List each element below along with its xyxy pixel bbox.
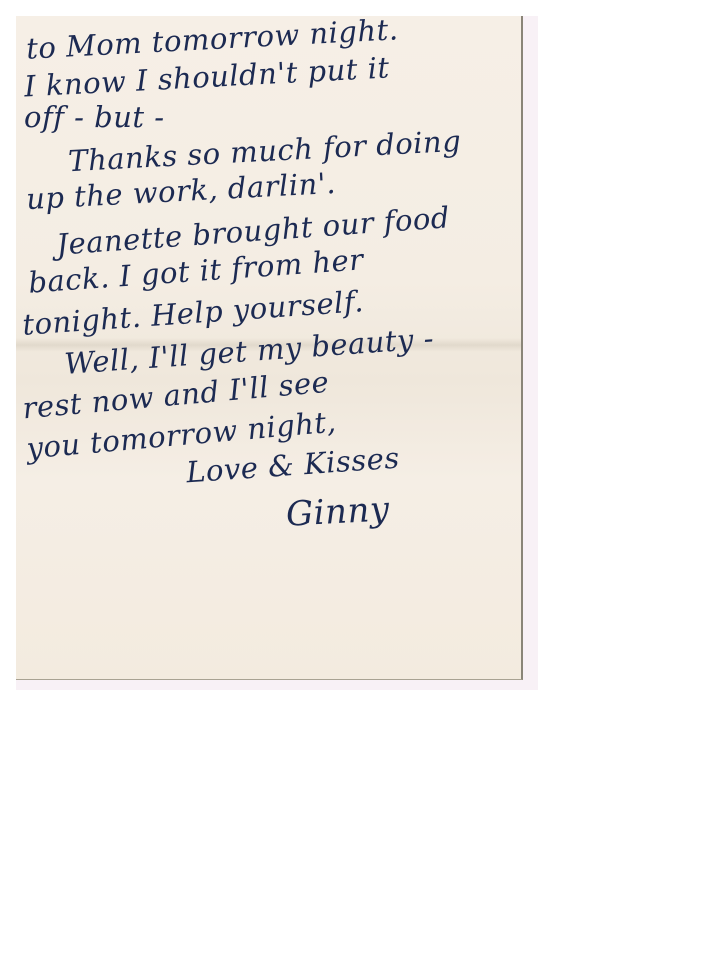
letter-signature: Ginny <box>285 489 390 534</box>
letter-page: to Mom tomorrow night. I know I shouldn'… <box>16 16 523 680</box>
letter-line: off - but - <box>24 100 165 134</box>
